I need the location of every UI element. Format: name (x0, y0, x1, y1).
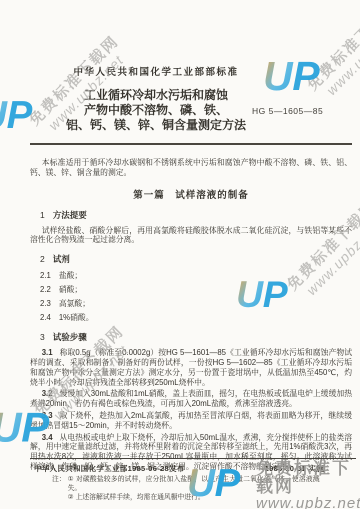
ministry-standard-line: 中华人民共和国化学工业部部标准 (30, 64, 282, 78)
clause-number: 2.1 (40, 271, 51, 280)
note-item-2: ② 上述溶解试样手续，均需在通风橱中进行。 (68, 493, 320, 502)
clause-number: 3.1 (42, 348, 53, 357)
clause-number: 2.3 (40, 299, 51, 308)
scope-paragraph: 本标准适用于循环冷却水碳钢和不锈钢系统中污垢和腐蚀产物中酸不溶物、磷、铁、铝、钙… (30, 158, 352, 178)
document-header: 中华人民共和国化学工业部部标准 工业循环冷却水污垢和腐蚀 产物中酸不溶物、磷、铁… (30, 64, 352, 133)
document-page: 免费标准下载网 www.upbz.net 免费标准下载网 www.upbz.ne… (0, 0, 360, 509)
title-line-2: 产物中酸不溶物、磷、铁、 (30, 103, 282, 118)
clause-3-3: 3.3取下烧杯，趁热加入2mL高氯酸，再加热至冒浓厚白烟，将表面皿略为移开，继续… (30, 411, 352, 431)
footer: 中华人民共和国化学工业部1985-06-28发布 1985-10-01 实施 (34, 463, 324, 474)
section-number: 2 (40, 254, 45, 264)
part-heading: 第一篇 试样溶液的制备 (30, 187, 352, 201)
section-1-heading: 1方法提要 (30, 209, 352, 221)
title-line-1: 工业循环冷却水污垢和腐蚀 (30, 88, 282, 103)
clause-number: 2.4 (40, 313, 51, 322)
clause-text: 取下烧杯，趁热加入2mL高氯酸，再加热至冒浓厚白烟，将表面皿略为移开，继续缓缓加… (30, 411, 352, 430)
notes-block: 注： ① 对碳酸盐较多的试样，应分批加入盐酸，以免产生大量二氧化碳气体，使溶液溅… (52, 475, 352, 502)
section-title: 试剂 (53, 254, 70, 264)
clause-text: 称取0.5g（称准至0.0002g）按HG 5—1601—85《工业循环冷却水污… (30, 348, 352, 386)
logo-letter-u: U (0, 94, 8, 137)
footer-effective-date: 1985-10-01 实施 (265, 463, 324, 474)
header-divider (30, 143, 352, 145)
section-title: 试验步骤 (53, 332, 87, 342)
reagent-item: 2.2硝酸； (30, 284, 352, 295)
document-content: 中华人民共和国化学工业部部标准 工业循环冷却水污垢和腐蚀 产物中酸不溶物、磷、铁… (30, 64, 352, 502)
standard-number: HG 5—1605—85 (252, 106, 323, 116)
reagent-item: 2.1盐酸； (30, 270, 352, 281)
footer-divider (30, 458, 356, 459)
clause-text: 盐酸； (59, 271, 82, 280)
section-number: 3 (40, 332, 45, 342)
clause-text: 硝酸； (59, 285, 82, 294)
clause-text: 慢慢加入30mL盐酸和1mL硝酸，盖上表面皿，摇匀，在电热板或低温电炉上缓缓加热… (30, 389, 352, 408)
reagent-item: 2.41%硝酸。 (30, 312, 352, 323)
section-title: 方法提要 (53, 210, 87, 220)
clause-text: 高氯酸； (59, 299, 90, 308)
clause-3-2: 3.2慢慢加入30mL盐酸和1mL硝酸，盖上表面皿，摇匀，在电热板或低温电炉上缓… (30, 389, 352, 409)
reagent-item: 2.3高氯酸； (30, 298, 352, 309)
clause-number: 3.3 (42, 411, 53, 420)
clause-text: 1%硝酸。 (59, 313, 94, 322)
section-3-heading: 3试验步骤 (30, 331, 352, 343)
section-1-body: 试样经盐酸、硝酸分解后，再用高氯酸将硅酸胶体脱水成二氧化硅沉淀，与铁铝等某些不溶… (30, 226, 352, 246)
logo-letter-u: U (0, 403, 23, 450)
clause-number: 3.4 (42, 433, 53, 442)
section-2-heading: 2试剂 (30, 253, 352, 265)
logo-letter-p: P (7, 94, 33, 137)
title-line-3: 铝、钙、镁、锌、铜含量测定方法 (30, 118, 282, 133)
clause-3-1: 3.1称取0.5g（称准至0.0002g）按HG 5—1601—85《工业循环冷… (30, 348, 352, 387)
document-title: 工业循环冷却水污垢和腐蚀 产物中酸不溶物、磷、铁、 铝、钙、镁、锌、铜含量测定方… (30, 88, 282, 133)
section-number: 1 (40, 210, 45, 220)
footer-issued-by: 中华人民共和国化学工业部1985-06-28发布 (34, 463, 185, 474)
clause-number: 2.2 (40, 285, 51, 294)
clause-number: 3.2 (42, 389, 53, 398)
notes-label: 注： (52, 475, 66, 502)
note-item-1: ① 对碳酸盐较多的试样，应分批加入盐酸，以免产生大量二氧化碳气体，使溶液溅失。 (68, 475, 320, 493)
